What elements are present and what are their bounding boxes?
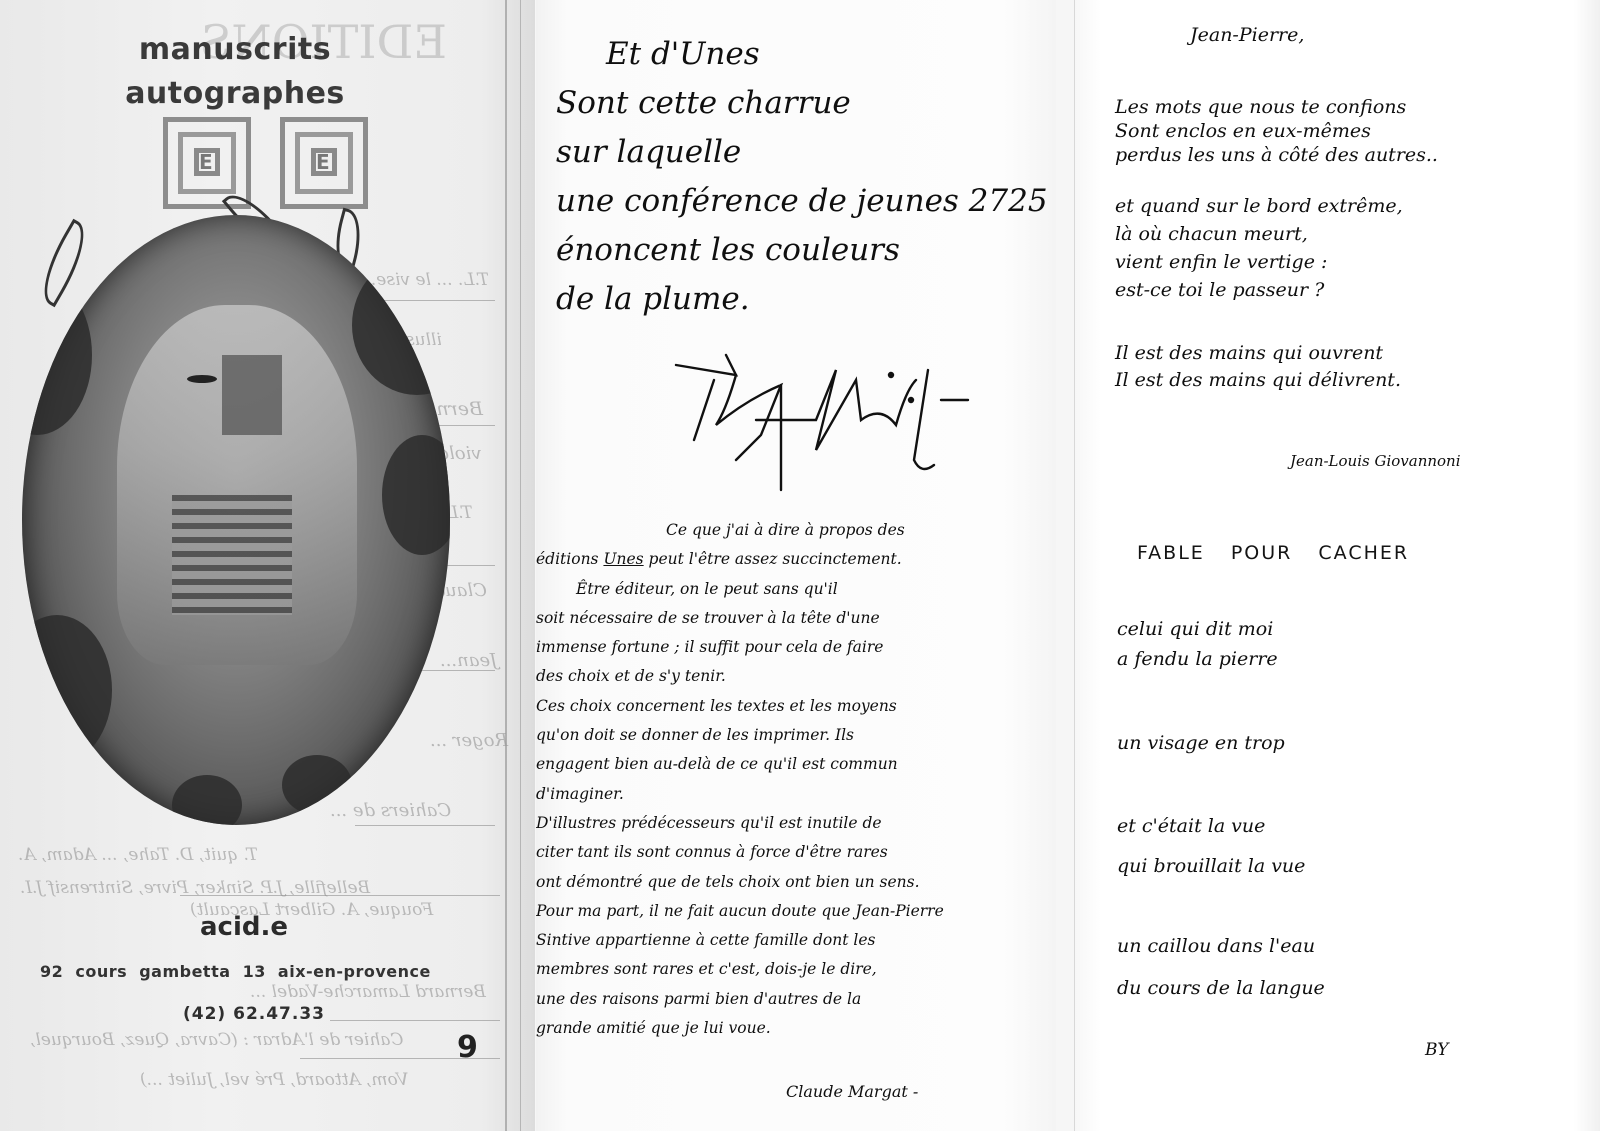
prose-line: des choix et de s'y tenir. — [536, 662, 1036, 691]
ghost-line: Vom, Attoard, Pré vel, Juliet ...) — [140, 1070, 408, 1090]
ghost-rule — [355, 825, 495, 826]
prose-line: Ces choix concernent les textes et les m… — [536, 692, 1036, 721]
poem-line: Sont enclos en eux-mêmes — [1115, 119, 1438, 143]
paper-edge — [520, 0, 521, 1131]
fable-line: un visage en trop — [1117, 722, 1285, 764]
prose-line-text: éditions Unes peut l'être assez succinct… — [536, 550, 902, 568]
poem-line: Il est des mains qui ouvrent — [1115, 340, 1401, 367]
prose-line: éditions Unes peut l'être assez succinct… — [536, 545, 1036, 574]
prose-line: Pour ma part, il ne fait aucun doute que… — [536, 897, 1036, 926]
fable-stanza: celui qui dit moi a fendu la pierre — [1117, 614, 1278, 674]
brand-title-line1: manuscrits — [0, 32, 470, 67]
poem-stanza: Il est des mains qui ouvrent Il est des … — [1115, 340, 1401, 394]
fable-title: FABLE POUR CACHER — [1137, 542, 1409, 564]
page-number: 9 — [457, 1030, 478, 1065]
prose-line: engagent bien au-delà de ce qu'il est co… — [536, 750, 1036, 779]
logo-glyph: E — [199, 150, 213, 174]
etching-shadow — [172, 775, 242, 825]
prose-line: d'imaginer. — [536, 780, 1036, 809]
poem-signature: Jean-Louis Giovannoni — [1290, 452, 1461, 470]
cover-panel: EDITIONS T.L. ... le vise... illus... De… — [0, 0, 535, 1131]
poem-stanza: et quand sur le bord extrême, là où chac… — [1115, 192, 1403, 304]
poem-line: perdus les uns à côté des autres.. — [1115, 143, 1438, 167]
fable-stanza: un caillou dans l'eau du cours de la lan… — [1117, 925, 1325, 1009]
etching-illustration — [22, 215, 450, 825]
fable-line: celui qui dit moi — [1117, 614, 1278, 644]
fable-line: un caillou dans l'eau — [1117, 925, 1325, 967]
etching-shadow — [22, 275, 92, 435]
prose-line: ont démontré que de tels choix ont bien … — [536, 868, 1036, 897]
logo-glyph: E — [316, 150, 330, 174]
prose-line: Ce que j'ai à dire à propos des — [536, 516, 1036, 545]
prose-line: soit nécessaire de se trouver à la tête … — [536, 604, 1036, 633]
fable-stanza: un visage en trop — [1117, 722, 1285, 764]
poem-line: là où chacun meurt, — [1115, 220, 1403, 248]
prose-signature: Claude Margat - — [786, 1082, 918, 1101]
poem-line: vient enfin le vertige : — [1115, 248, 1403, 276]
ghost-line: Jean... — [440, 650, 497, 671]
paper-edge — [505, 0, 507, 1131]
etching-window — [222, 355, 282, 435]
poem-line: de la plume. — [556, 275, 1048, 324]
etching-shadow — [22, 615, 112, 765]
fable-stanza: et c'était la vue qui brouillait la vue — [1117, 806, 1305, 886]
ghost-line: Cahiers de ... — [330, 800, 451, 821]
emphasized-word: Unes — [603, 550, 643, 568]
poem-line: et quand sur le bord extrême, — [1115, 192, 1403, 220]
prose-line: citer tant ils sont connus à force d'êtr… — [536, 838, 1036, 867]
fable-signature: BY — [1425, 1040, 1448, 1060]
ghost-line: T. quit, D. Tahe, ... Adam, A. — [18, 845, 258, 865]
ghost-line: Roger ... — [430, 730, 508, 751]
prose-line: qu'on doit se donner de les imprimer. Il… — [536, 721, 1036, 750]
manuscript-page-middle: Et d'Unes Sont cette charrue sur laquell… — [536, 0, 1056, 1131]
poem-line: Il est des mains qui délivrent. — [1115, 367, 1401, 394]
poem-line: Sont cette charrue — [556, 79, 1048, 128]
publisher-name: acid.e — [200, 912, 288, 942]
signature-scrawl-icon — [666, 350, 986, 500]
brand-title-line2: autographes — [0, 76, 470, 111]
handwritten-prose: Ce que j'ai à dire à propos des éditions… — [536, 516, 1036, 1043]
ghost-line: Bernard Lamarche-Vadel ... — [250, 982, 486, 1002]
poem-line: énoncent les couleurs — [556, 226, 1048, 275]
prose-line: immense fortune ; il suffit pour cela de… — [536, 633, 1036, 662]
fable-line: qui brouillait la vue — [1117, 846, 1305, 886]
etching-shadow — [382, 435, 450, 555]
ghost-line: Cahier de l'Adrar : (Cavra, Quez, Bourqu… — [30, 1030, 403, 1050]
fable-line: a fendu la pierre — [1117, 644, 1278, 674]
etching-lamp — [187, 375, 217, 383]
etching-stairs — [172, 495, 292, 615]
prose-line: Être éditeur, on le peut sans qu'il — [536, 575, 1036, 604]
handwritten-poem: Et d'Unes Sont cette charrue sur laquell… — [556, 30, 1048, 324]
ghost-rule — [330, 1020, 500, 1021]
prose-line: D'illustres prédécesseurs qu'il est inut… — [536, 809, 1036, 838]
manuscript-page-right: Jean-Pierre, Les mots que nous te confio… — [1075, 0, 1600, 1131]
prose-line: membres sont rares et c'est, dois-je le … — [536, 955, 1036, 984]
ghost-rule — [180, 895, 500, 896]
poem-line: une conférence de jeunes 2725 — [556, 177, 1048, 226]
etching-shadow — [282, 755, 352, 815]
publisher-address: 92 cours gambetta 13 aix-en-provence — [40, 962, 431, 981]
publisher-phone: (42) 62.47.33 — [183, 1004, 325, 1024]
prose-line: une des raisons parmi bien d'autres de l… — [536, 985, 1036, 1014]
poem-line: Et d'Unes — [556, 30, 1048, 79]
prose-line: grande amitié que je lui voue. — [536, 1014, 1036, 1043]
poem-stanza: Les mots que nous te confions Sont enclo… — [1115, 95, 1438, 167]
poem-line: est-ce toi le passeur ? — [1115, 276, 1403, 304]
letter-salutation: Jean-Pierre, — [1190, 24, 1304, 46]
poem-line: Les mots que nous te confions — [1115, 95, 1438, 119]
poem-line: sur laquelle — [556, 128, 1048, 177]
fable-line: du cours de la langue — [1117, 967, 1325, 1009]
prose-line: Sintive appartienne à cette famille dont… — [536, 926, 1036, 955]
fable-line: et c'était la vue — [1117, 806, 1305, 846]
